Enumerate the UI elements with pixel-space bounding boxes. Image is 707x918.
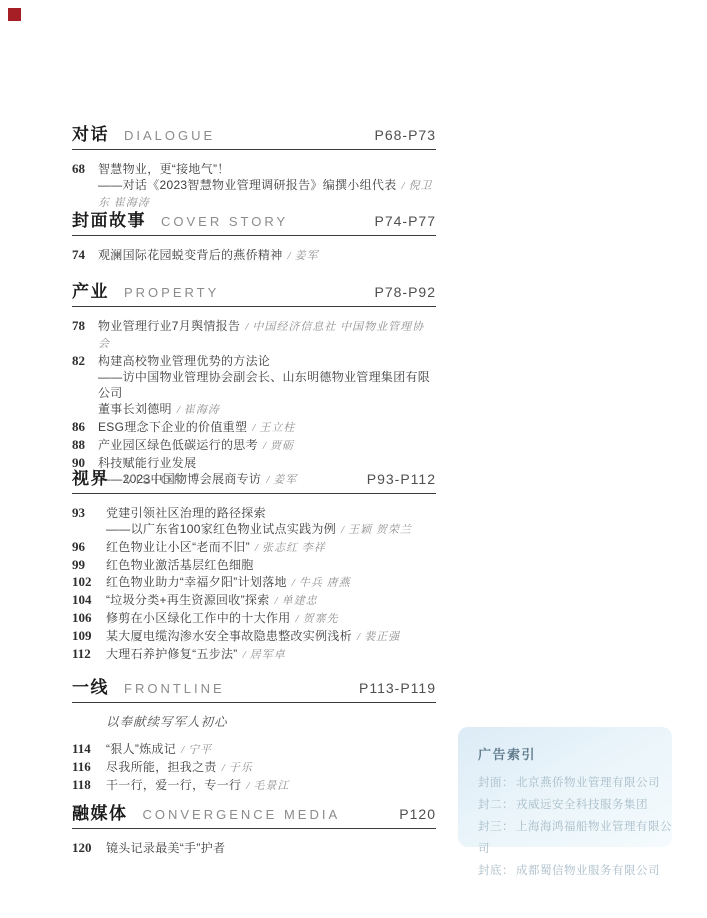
section-header-vision: 视界VISIONP93-P112 [72,470,436,494]
entry-title-text: 尽我所能，担我之责 [106,760,217,774]
entry-lines: 构建高校物业管理优势的方法论——访中国物业管理协会副会长、山东明德物业管理集团有… [98,353,436,418]
entry-title-text: 干一行，爱一行，专一行 [106,778,241,792]
author-separator: / [288,250,292,262]
article-list: 74观澜国际花园蜕变背后的燕侨精神/姜军 [72,247,436,264]
entry-title-line: “狠人”炼成记/宁平 [106,741,436,758]
entry-title-line: 某大厦电缆沟渗水安全事故隐患整改实例浅析/裴正强 [106,628,436,645]
entry-title-line: 科技赋能行业发展 [98,455,436,471]
entry-page-number: 78 [72,318,98,352]
author-separator: / [263,440,267,452]
toc-entry: 99红色物业激活基层红色细胞 [72,557,436,573]
entry-author: 王立柱 [259,422,295,434]
entry-title-line: “垃圾分类+再生资源回收”探索/单建忠 [106,592,436,609]
article-list: 120镜头记录最美“手”护者 [72,840,436,856]
entry-title-line: 物业管理行业7月舆情报告/中国经济信息社 中国物业管理协会 [98,318,436,352]
entry-author: 牛兵 唐燕 [299,577,351,589]
ad-position-label: 封二： [478,799,514,811]
entry-page-number: 116 [72,759,106,776]
author-separator: / [252,422,256,434]
entry-author: 贾砺 [270,440,294,452]
author-separator: / [245,321,249,333]
entry-page-number: 96 [72,539,106,556]
entry-title-text: “狠人”炼成记 [106,742,176,756]
entry-lines: 修剪在小区绿化工作中的十大作用/贺寨先 [106,610,436,627]
entry-title-text: ——以广东省100家红色物业试点实践为例 [106,522,336,536]
entry-page-number: 106 [72,610,106,627]
entry-title-text: 产业园区绿色低碳运行的思考 [98,438,258,452]
entry-title-line: 党建引领社区治理的路径探索 [106,505,436,521]
entry-title-text: “垃圾分类+再生资源回收”探索 [106,593,270,607]
ad-index-item: 封二：戎威远安全科技服务集团 [478,794,672,816]
entry-lines: 红色物业激活基层红色细胞 [106,557,436,573]
section-header-cover-story: 封面故事COVER STORYP74-P77 [72,212,436,236]
entry-lines: 某大厦电缆沟渗水安全事故隐患整改实例浅析/裴正强 [106,628,436,645]
section-title-cn: 视界 [72,470,109,487]
entry-author: 姜军 [295,250,319,262]
section-page-range: P93-P112 [367,471,436,488]
author-separator: / [292,577,296,589]
section-title-cn: 对话 [72,126,109,143]
section-title-cn: 产业 [72,283,109,300]
section-title-cn: 融媒体 [72,805,128,822]
entry-author: 单建忠 [282,595,318,607]
entry-title-text: 修剪在小区绿化工作中的十大作用 [106,611,291,625]
section-header-property: 产业PROPERTYP78-P92 [72,283,436,307]
entry-title-text: ESG理念下企业的价值重塑 [98,420,247,434]
author-separator: / [275,595,279,607]
toc-entry: 112大理石养护修复“五步法”/居军卓 [72,646,436,663]
entry-page-number: 88 [72,437,98,454]
entry-title-line: 尽我所能，担我之责/于乐 [106,759,436,776]
toc-entry: 118干一行，爱一行，专一行/毛景江 [72,777,436,794]
author-separator: / [243,649,247,661]
author-separator: / [181,744,185,756]
toc-entry: 74观澜国际花园蜕变背后的燕侨精神/姜军 [72,247,436,264]
ad-index-panel: 广告索引 封面：北京燕侨物业管理有限公司封二：戎威远安全科技服务集团封三：上海海… [458,727,672,847]
entry-lines: 智慧物业，更“接地气”！——对话《2023智慧物业管理调研报告》编撰小组代表/倪… [98,161,436,211]
toc-entry: 114“狠人”炼成记/宁平 [72,741,436,758]
entry-lines: 大理石养护修复“五步法”/居军卓 [106,646,436,663]
ad-position-label: 封三： [478,821,514,833]
section-title-en: PROPERTY [124,284,219,301]
entry-title-text: 红色物业让小区“老而不旧” [106,540,250,554]
entry-title-line: ——对话《2023智慧物业管理调研报告》编撰小组代表/倪卫东 崔海涛 [98,177,436,211]
author-separator: / [222,762,226,774]
toc-entry: 68智慧物业，更“接地气”！——对话《2023智慧物业管理调研报告》编撰小组代表… [72,161,436,211]
section-title-cn: 一线 [72,679,109,696]
section-title-en: VISION [124,471,186,488]
entry-title-text: ——对话《2023智慧物业管理调研报告》编撰小组代表 [98,178,397,192]
section-cover-story: 封面故事COVER STORYP74-P7774观澜国际花园蜕变背后的燕侨精神/… [72,212,436,265]
entry-page-number: 99 [72,557,106,573]
section-title-en: FRONTLINE [124,680,225,697]
section-header-convergence-media: 融媒体CONVERGENCE MEDIAP120 [72,805,436,829]
entry-author: 贺寨先 [303,613,339,625]
entry-lines: 观澜国际花园蜕变背后的燕侨精神/姜军 [98,247,436,264]
section-lead-in: 以奉献续写军人初心 [72,714,436,730]
entry-title-line: 大理石养护修复“五步法”/居军卓 [106,646,436,663]
entry-title-line: ——以广东省100家红色物业试点实践为例/王颖 贺荣兰 [106,521,436,538]
entry-author: 裴正强 [364,631,400,643]
entry-lines: 尽我所能，担我之责/于乐 [106,759,436,776]
entry-author: 张志红 李祥 [262,542,326,554]
entry-page-number: 74 [72,247,98,264]
entry-page-number: 82 [72,353,98,418]
entry-page-number: 112 [72,646,106,663]
toc-entry: 120镜头记录最美“手”护者 [72,840,436,856]
entry-title-line: 构建高校物业管理优势的方法论 [98,353,436,369]
corner-marker [8,8,21,21]
entry-title-line: 红色物业助力“幸福夕阳”计划落地/牛兵 唐燕 [106,574,436,591]
entry-title-line: 产业园区绿色低碳运行的思考/贾砺 [98,437,436,454]
entry-lines: ESG理念下企业的价值重塑/王立柱 [98,419,436,436]
entry-title-text: 镜头记录最美“手”护者 [106,841,225,855]
ad-index-list: 封面：北京燕侨物业管理有限公司封二：戎威远安全科技服务集团封三：上海海鸿福船物业… [478,772,672,882]
toc-entry: 88产业园区绿色低碳运行的思考/贾砺 [72,437,436,454]
toc-entry: 86ESG理念下企业的价值重塑/王立柱 [72,419,436,436]
ad-index-title: 广告索引 [478,744,672,763]
ad-position-label: 封底： [478,865,514,877]
entry-lines: 镜头记录最美“手”护者 [106,840,436,856]
entry-title-line: ——访中国物业管理协会副会长、山东明德物业管理集团有限公司 [98,369,436,401]
entry-title-line: 董事长刘德明/崔海涛 [98,401,436,418]
toc-entry: 78物业管理行业7月舆情报告/中国经济信息社 中国物业管理协会 [72,318,436,352]
entry-author: 王颖 贺荣兰 [348,524,412,536]
toc-entry: 109某大厦电缆沟渗水安全事故隐患整改实例浅析/裴正强 [72,628,436,645]
article-list: 68智慧物业，更“接地气”！——对话《2023智慧物业管理调研报告》编撰小组代表… [72,161,436,211]
entry-title-text: 构建高校物业管理优势的方法论 [98,354,270,368]
section-title-en: COVER STORY [161,213,288,230]
section-title-en: DIALOGUE [124,127,215,144]
entry-author: 崔海涛 [184,404,220,416]
entry-lines: “狠人”炼成记/宁平 [106,741,436,758]
entry-title-text: 智慧物业，更“接地气”！ [98,162,230,176]
entry-lines: 干一行，爱一行，专一行/毛景江 [106,777,436,794]
entry-title-line: 观澜国际花园蜕变背后的燕侨精神/姜军 [98,247,436,264]
entry-lines: “垃圾分类+再生资源回收”探索/单建忠 [106,592,436,609]
entry-lines: 红色物业助力“幸福夕阳”计划落地/牛兵 唐燕 [106,574,436,591]
entry-page-number: 93 [72,505,106,538]
entry-title-line: ESG理念下企业的价值重塑/王立柱 [98,419,436,436]
ad-company-name: 戎威远安全科技服务集团 [516,799,648,811]
ad-company-name: 成都蜀信物业服务有限公司 [516,865,660,877]
section-page-range: P113-P119 [359,680,436,697]
section-page-range: P78-P92 [375,284,436,301]
ad-index-item: 封三：上海海鸿福船物业管理有限公司 [478,816,672,860]
entry-title-text: 党建引领社区治理的路径探索 [106,506,266,520]
entry-title-line: 智慧物业，更“接地气”！ [98,161,436,177]
section-title-cn: 封面故事 [72,212,146,229]
entry-author: 居军卓 [250,649,286,661]
entry-page-number: 118 [72,777,106,794]
entry-author: 毛景江 [253,780,289,792]
entry-lines: 党建引领社区治理的路径探索——以广东省100家红色物业试点实践为例/王颖 贺荣兰 [106,505,436,538]
author-separator: / [255,542,259,554]
entry-title-line: 红色物业让小区“老而不旧”/张志红 李祥 [106,539,436,556]
section-convergence-media: 融媒体CONVERGENCE MEDIAP120120镜头记录最美“手”护者 [72,805,436,857]
author-separator: / [341,524,345,536]
entry-title-line: 镜头记录最美“手”护者 [106,840,436,856]
author-separator: / [357,631,361,643]
author-separator: / [246,780,250,792]
entry-page-number: 86 [72,419,98,436]
entry-author: 宁平 [188,744,212,756]
section-page-range: P74-P77 [375,213,436,230]
article-list: 93党建引领社区治理的路径探索——以广东省100家红色物业试点实践为例/王颖 贺… [72,505,436,663]
entry-lines: 产业园区绿色低碳运行的思考/贾砺 [98,437,436,454]
toc-entry: 116尽我所能，担我之责/于乐 [72,759,436,776]
entry-title-text: 物业管理行业7月舆情报告 [98,319,240,333]
entry-title-text: 某大厦电缆沟渗水安全事故隐患整改实例浅析 [106,629,352,643]
toc-entry: 93党建引领社区治理的路径探索——以广东省100家红色物业试点实践为例/王颖 贺… [72,505,436,538]
entry-title-text: 红色物业激活基层红色细胞 [106,558,254,572]
ad-index-item: 封底：成都蜀信物业服务有限公司 [478,860,672,882]
entry-title-text: 董事长刘德明 [98,402,172,416]
entry-title-text: 科技赋能行业发展 [98,456,196,470]
entry-page-number: 104 [72,592,106,609]
entry-title-text: 红色物业助力“幸福夕阳”计划落地 [106,575,287,589]
toc-entry: 106修剪在小区绿化工作中的十大作用/贺寨先 [72,610,436,627]
entry-title-text: ——访中国物业管理协会副会长、山东明德物业管理集团有限公司 [98,370,430,400]
entry-page-number: 109 [72,628,106,645]
section-page-range: P120 [399,806,436,823]
toc-entry: 102红色物业助力“幸福夕阳”计划落地/牛兵 唐燕 [72,574,436,591]
ad-index-item: 封面：北京燕侨物业管理有限公司 [478,772,672,794]
section-frontline: 一线FRONTLINEP113-P119以奉献续写军人初心114“狠人”炼成记/… [72,679,436,795]
article-list: 78物业管理行业7月舆情报告/中国经济信息社 中国物业管理协会82构建高校物业管… [72,318,436,488]
section-header-dialogue: 对话DIALOGUEP68-P73 [72,126,436,150]
article-list: 114“狠人”炼成记/宁平116尽我所能，担我之责/于乐118干一行，爱一行，专… [72,741,436,794]
section-title-en: CONVERGENCE MEDIA [143,806,341,823]
entry-title-line: 修剪在小区绿化工作中的十大作用/贺寨先 [106,610,436,627]
entry-title-line: 红色物业激活基层红色细胞 [106,557,436,573]
author-separator: / [177,404,181,416]
author-separator: / [296,613,300,625]
entry-title-line: 干一行，爱一行，专一行/毛景江 [106,777,436,794]
ad-position-label: 封面： [478,777,514,789]
section-page-range: P68-P73 [375,127,436,144]
entry-page-number: 68 [72,161,98,211]
section-vision: 视界VISIONP93-P11293党建引领社区治理的路径探索——以广东省100… [72,470,436,664]
entry-page-number: 102 [72,574,106,591]
author-separator: / [402,180,406,192]
entry-author: 于乐 [229,762,253,774]
entry-title-text: 观澜国际花园蜕变背后的燕侨精神 [98,248,283,262]
toc-entry: 104“垃圾分类+再生资源回收”探索/单建忠 [72,592,436,609]
section-header-frontline: 一线FRONTLINEP113-P119 [72,679,436,703]
entry-lines: 物业管理行业7月舆情报告/中国经济信息社 中国物业管理协会 [98,318,436,352]
entry-page-number: 114 [72,741,106,758]
entry-lines: 红色物业让小区“老而不旧”/张志红 李祥 [106,539,436,556]
toc-entry: 96红色物业让小区“老而不旧”/张志红 李祥 [72,539,436,556]
magazine-toc-page: 对话DIALOGUEP68-P7368智慧物业，更“接地气”！——对话《2023… [0,0,707,918]
entry-page-number: 120 [72,840,106,856]
entry-title-text: 大理石养护修复“五步法” [106,647,238,661]
section-property: 产业PROPERTYP78-P9278物业管理行业7月舆情报告/中国经济信息社 … [72,283,436,489]
toc-entry: 82构建高校物业管理优势的方法论——访中国物业管理协会副会长、山东明德物业管理集… [72,353,436,418]
ad-company-name: 北京燕侨物业管理有限公司 [516,777,660,789]
section-dialogue: 对话DIALOGUEP68-P7368智慧物业，更“接地气”！——对话《2023… [72,126,436,212]
